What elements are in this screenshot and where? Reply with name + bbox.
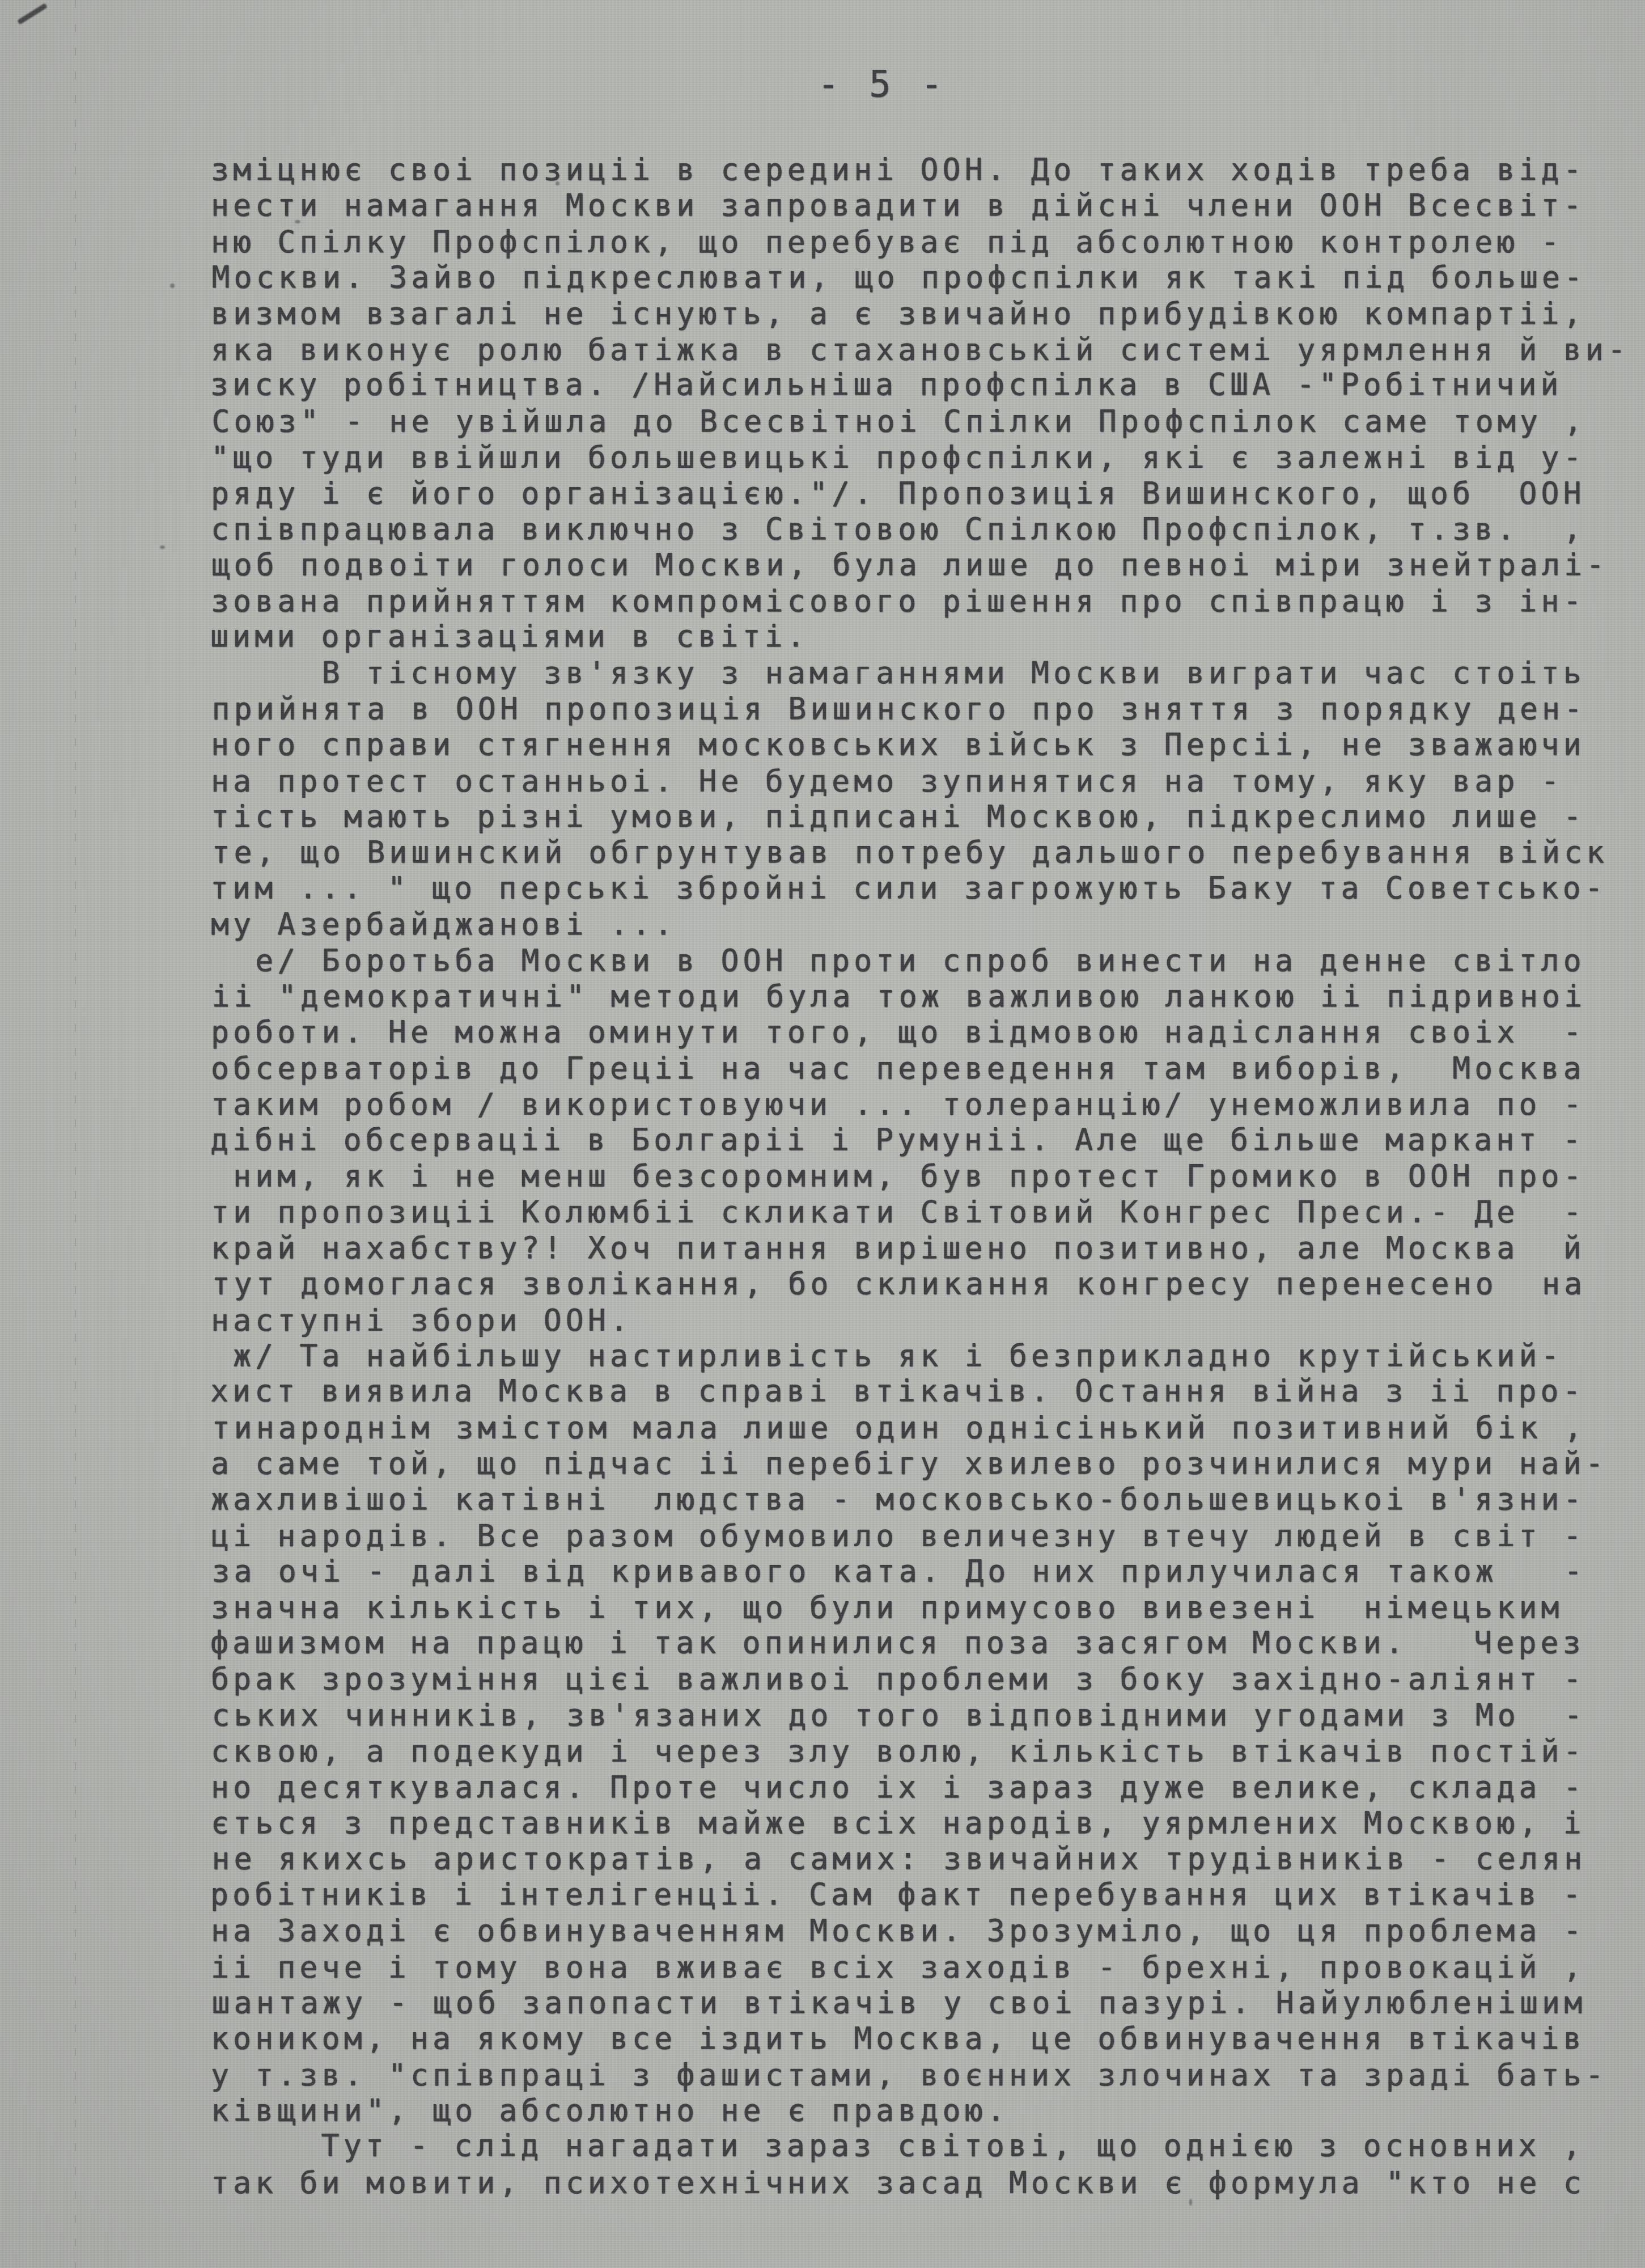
text-line: те, що Вишинский обгрунтував потребу дал…: [212, 835, 1618, 870]
text-line: Тут - слід нагадати зараз світові, що од…: [210, 2129, 1616, 2164]
text-line: щоб подвоіти голоси Москви, була лише до…: [212, 547, 1618, 583]
text-line: яка виконує ролю батіжка в стахановській…: [211, 332, 1617, 368]
text-line: зміцнює своі позиціі в середині ООН. До …: [211, 152, 1617, 188]
text-line: нести намагання Москви запровадити в дій…: [211, 188, 1617, 223]
document-page: - 5 - зміцнює своі позиціі в середині ОО…: [0, 0, 1645, 2268]
text-line: е/ Боротьба Москви в ООН проти спроб вин…: [211, 943, 1617, 979]
scan-artifact: [170, 283, 175, 288]
text-line: іі "демократичні" методи була тож важлив…: [212, 979, 1618, 1014]
text-line: ню Спілку Профспілок, що перебуває під а…: [211, 225, 1617, 260]
text-line: но десяткувалася. Проте число іх і зараз…: [211, 1770, 1617, 1805]
text-line: "що туди ввійшли большевицькі профспілки…: [211, 440, 1617, 476]
text-line: ці народів. Все разом обумовило величезн…: [211, 1518, 1617, 1554]
text-line: тість мають різні умови, підписані Москв…: [211, 799, 1617, 835]
text-line: за очі - далі від кривавого ката. До них…: [212, 1554, 1618, 1589]
text-line: ного справи стягнення московських військ…: [211, 727, 1617, 763]
text-line: тут домоглася зволікання, бо скликання к…: [212, 1266, 1618, 1302]
text-line: наступні збори ООН.: [211, 1302, 1617, 1338]
text-line: ти пропозиціі Колюмбіі скликати Світовий…: [211, 1195, 1617, 1230]
text-line: тим ... " що перські збройні сили загрож…: [210, 870, 1616, 906]
scan-artifact: [160, 545, 165, 549]
text-line: тинароднім змістом мала лише один однісі…: [212, 1410, 1618, 1446]
text-line: обсерваторів до Греціі на час переведенн…: [211, 1051, 1617, 1086]
text-line: а саме той, що підчас іі перебігу хвилев…: [211, 1446, 1617, 1482]
text-line: шантажу - щоб запопасти втікачів у своі …: [212, 1985, 1618, 2021]
text-line: таким робом / використовуючи ... толеран…: [211, 1087, 1617, 1123]
text-line: му Азербайджанові ...: [211, 907, 1617, 942]
text-line: так би мовити, психотехнічних засад Моск…: [211, 2165, 1617, 2201]
text-line: В тісному зв'язку з намаганнями Москви в…: [211, 655, 1617, 691]
text-line: шими організаціями в світі.: [210, 619, 1616, 654]
text-line: фашизмом на працю і так опинилися поза з…: [210, 1625, 1616, 1661]
text-line: зована прийняттям компромісового рішення…: [211, 583, 1617, 619]
text-line: дібні обсерваціі в Болгаріі і Румуніі. А…: [210, 1122, 1616, 1158]
text-line: ж/ Та найбільшу настирливість як і безпр…: [211, 1338, 1617, 1374]
text-line: коником, на якому все іздить Москва, це …: [211, 2021, 1617, 2057]
body-text: зміцнює своі позиціі в середині ООН. До …: [211, 152, 1617, 2201]
text-line: на Заході є обвинуваченням Москви. Зрозу…: [211, 1913, 1617, 1949]
text-line: Москви. Зайво підкреслювати, що профспіл…: [212, 260, 1618, 295]
text-line: хист виявила Москва в справі втікачів. О…: [210, 1373, 1616, 1409]
fold-line: [75, 0, 76, 2268]
text-line: ним, як і не менш безсоромним, був проте…: [211, 1158, 1617, 1194]
text-line: ряду і є його організацією."/. Пропозиці…: [211, 476, 1617, 511]
text-line: визмом взагалі не існують, а є звичайно …: [211, 296, 1617, 332]
text-line: значна кількість і тих, що були примусов…: [211, 1590, 1617, 1626]
text-line: ківщини", що абсолютно не є правдою.: [211, 2093, 1617, 2129]
text-line: ських чинників, зв'язаних до того відпов…: [212, 1698, 1618, 1733]
text-line: у т.зв. "співпраці з фашистами, воєнних …: [211, 2058, 1617, 2093]
page-number: - 5 -: [817, 64, 947, 105]
text-line: Союз" - не увійшла до Всесвітноі Спілки …: [212, 404, 1618, 439]
text-line: на протест останньоі. Не будемо зупиняти…: [211, 763, 1617, 799]
text-line: роботи. Не можна оминути того, що відмов…: [211, 1014, 1617, 1050]
text-line: сквою, а подекуди і через злу волю, кіль…: [211, 1734, 1617, 1770]
text-line: брак зрозуміння цієі важливоі проблеми з…: [211, 1661, 1617, 1697]
text-line: іі пече і тому вона вживає всіх заходів …: [211, 1949, 1617, 1985]
text-line: жахливішоі катівні людства - московсько-…: [211, 1482, 1617, 1517]
text-line: співпрацювала виключно з Світовою Спілко…: [211, 511, 1617, 547]
scan-artifact: [17, 3, 48, 24]
text-line: робітників і інтелігенціі. Сам факт пере…: [210, 1877, 1616, 1912]
text-line: прийнята в ООН пропозиція Вишинского про…: [212, 691, 1618, 727]
text-line: край нахабству?! Хоч питання вирішено по…: [211, 1230, 1617, 1266]
text-line: зиску робітництва. /Найсильніша профспіл…: [210, 367, 1616, 403]
text-line: ється з представників майже всіх народів…: [211, 1805, 1617, 1841]
text-line: не якихсь аристократів, а самих: звичайн…: [212, 1841, 1618, 1877]
